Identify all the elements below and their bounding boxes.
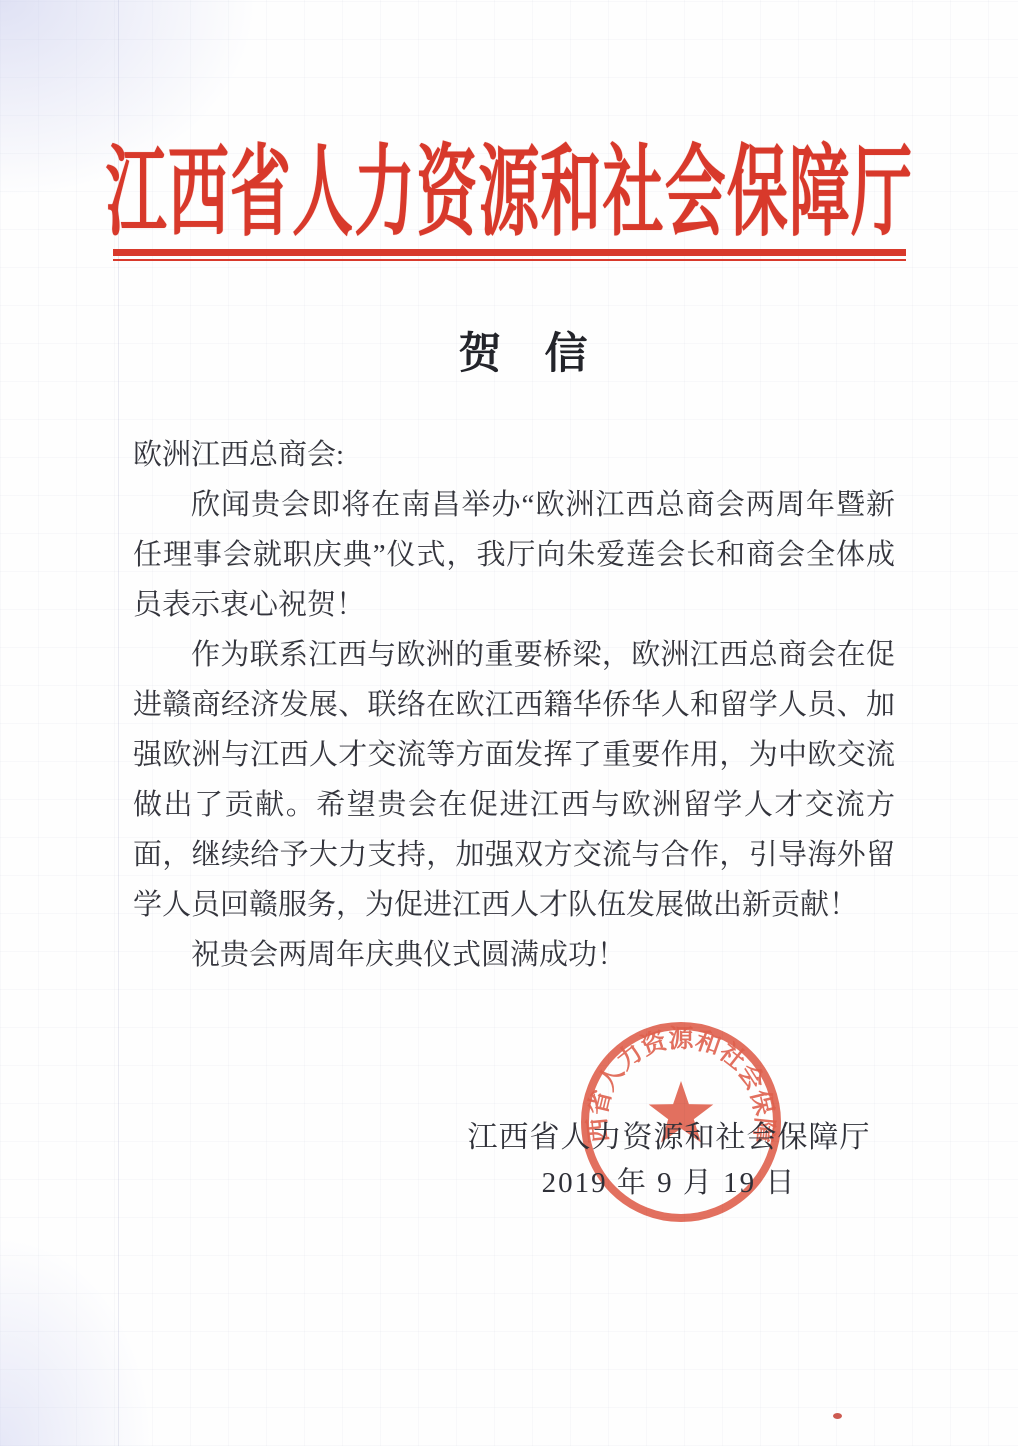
scanned-letter-page: 江西省人力资源和社会保障厅 贺 信 欧洲江西总商会: 欣闻贵会即将在南昌举办“欧…	[0, 0, 1018, 1446]
signature-date: 2019 年 9 月 19 日	[449, 1160, 889, 1201]
letterhead-rule-thick	[113, 249, 906, 256]
red-ink-speck	[833, 1413, 842, 1419]
letterhead-org-title: 江西省人力资源和社会保障厅	[0, 128, 1018, 240]
scan-edge-shadow-bottom-left	[0, 1240, 150, 1446]
letterhead-rule-thin	[113, 259, 906, 261]
letter-title: 贺 信	[14, 320, 1018, 381]
letterhead-org-title-text: 江西省人力资源和社会保障厅	[105, 113, 912, 255]
signature-org-name: 江西省人力资源和社会保障厅	[449, 1112, 889, 1156]
letter-salutation: 欧洲江西总商会:	[133, 430, 895, 480]
letter-paragraph: 作为联系江西与欧洲的重要桥梁，欧洲江西总商会在促进赣商经济发展、联络在欧江西籍华…	[133, 630, 895, 930]
letter-paragraph: 祝贵会两周年庆典仪式圆满成功！	[133, 930, 895, 980]
letter-paragraphs: 欣闻贵会即将在南昌举办“欧洲江西总商会两周年暨新任理事会就职庆典”仪式，我厅向朱…	[133, 480, 895, 980]
letter-body: 欧洲江西总商会: 欣闻贵会即将在南昌举办“欧洲江西总商会两周年暨新任理事会就职庆…	[133, 430, 895, 980]
letter-paragraph: 欣闻贵会即将在南昌举办“欧洲江西总商会两周年暨新任理事会就职庆典”仪式，我厅向朱…	[133, 480, 895, 630]
